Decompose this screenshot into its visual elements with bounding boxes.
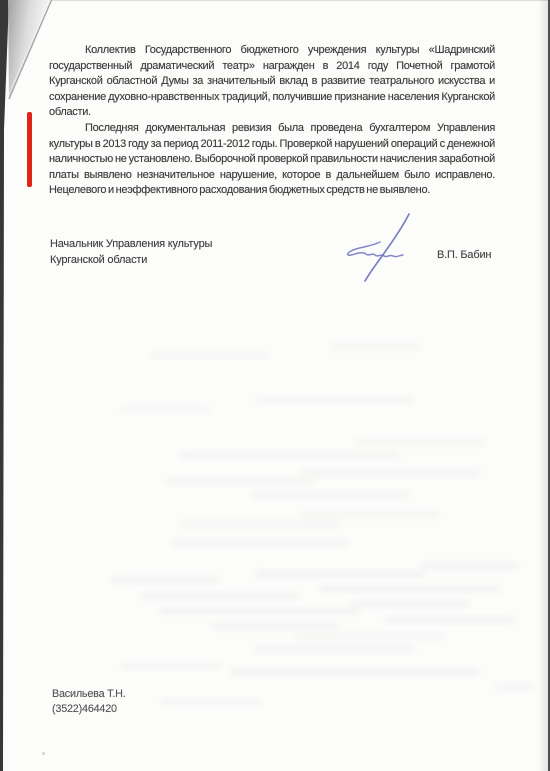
scan-edge-left: [0, 0, 10, 771]
signatory-title-line1: Начальник Управления культуры: [50, 237, 212, 253]
scan-edge-top: [0, 0, 550, 1]
signatory-title: Начальник Управления культуры Курганской…: [50, 237, 212, 268]
letter-body: Коллектив Государственного бюджетного уч…: [49, 43, 495, 199]
executor-contact: Васильева Т.Н. (3522)464420: [52, 687, 126, 717]
signature-stroke-flourish: [348, 242, 403, 257]
handwritten-signature: [340, 205, 420, 290]
signatory-name: В.П. Бабин: [437, 249, 491, 261]
scanned-document-page: Коллектив Государственного бюджетного уч…: [0, 0, 550, 771]
paragraph-award: Коллектив Государственного бюджетного уч…: [49, 43, 495, 121]
margin-highlight-mark: [27, 112, 32, 187]
signature-stroke-diagonal: [365, 214, 409, 281]
executor-phone: (3522)464420: [52, 702, 126, 717]
signatory-title-line2: Курганской области: [50, 253, 212, 269]
paragraph-audit: Последняя документальная ревизия была пр…: [49, 121, 495, 199]
executor-name: Васильева Т.Н.: [52, 687, 126, 702]
